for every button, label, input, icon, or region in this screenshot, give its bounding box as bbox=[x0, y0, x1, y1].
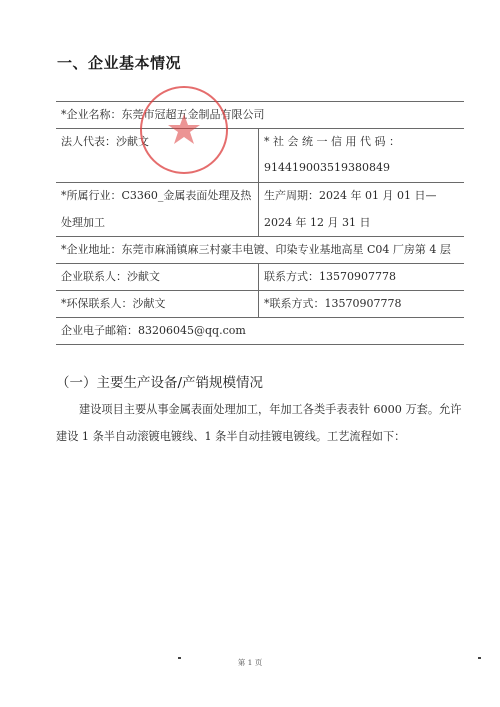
company-name-cell: *企业名称：东莞市冠超五金制品有限公司 bbox=[56, 102, 464, 128]
credit-code-label: * 社 会 统 一 信 用 代 码 ： bbox=[264, 129, 459, 155]
credit-code-cell: * 社 会 统 一 信 用 代 码 ： 914419003519380849 bbox=[258, 129, 464, 182]
credit-code-value: 914419003519380849 bbox=[264, 155, 459, 181]
address-cell: *企业地址：东莞市麻涌镇麻三村豪丰电镀、印染专业基地高星 C04 厂房第 4 层 bbox=[56, 237, 464, 263]
contact-phone-cell: 联系方式：13570907778 bbox=[258, 264, 464, 290]
table-row: *企业名称：东莞市冠超五金制品有限公司 bbox=[56, 102, 464, 129]
project-description-paragraph: 建设项目主要从事金属表面处理加工，年加工各类手表表针 6000 万套。允许建设 … bbox=[56, 396, 468, 450]
table-row: *环保联系人：沙献文 *联系方式：13570907778 bbox=[56, 291, 464, 318]
production-period-cell: 生产周期：2024 年 01 月 01 日—2024 年 12 月 31 日 bbox=[258, 183, 464, 236]
table-row: *所属行业：C3360_金属表面处理及热处理加工 生产周期：2024 年 01 … bbox=[56, 183, 464, 237]
page-number: 第 1 页 bbox=[0, 657, 500, 668]
table-row: *企业地址：东莞市麻涌镇麻三村豪丰电镀、印染专业基地高星 C04 厂房第 4 层 bbox=[56, 237, 464, 264]
company-info-table: *企业名称：东莞市冠超五金制品有限公司 法人代表：沙献文 * 社 会 统 一 信… bbox=[56, 101, 464, 345]
section-heading-basic-info: 一、企业基本情况 bbox=[57, 52, 181, 73]
legal-rep-cell: 法人代表：沙献文 bbox=[56, 129, 258, 182]
email-cell: 企业电子邮箱：83206045@qq.com bbox=[56, 318, 464, 344]
env-contact-person-cell: *环保联系人：沙献文 bbox=[56, 291, 258, 317]
contact-person-cell: 企业联系人：沙献文 bbox=[56, 264, 258, 290]
section-heading-equipment: （一）主要生产设备/产销规模情况 bbox=[56, 371, 263, 391]
env-contact-phone-cell: *联系方式：13570907778 bbox=[258, 291, 464, 317]
table-row: 企业联系人：沙献文 联系方式：13570907778 bbox=[56, 264, 464, 291]
table-row: 法人代表：沙献文 * 社 会 统 一 信 用 代 码 ： 91441900351… bbox=[56, 129, 464, 183]
table-row: 企业电子邮箱：83206045@qq.com bbox=[56, 318, 464, 345]
industry-cell: *所属行业：C3360_金属表面处理及热处理加工 bbox=[56, 183, 258, 236]
